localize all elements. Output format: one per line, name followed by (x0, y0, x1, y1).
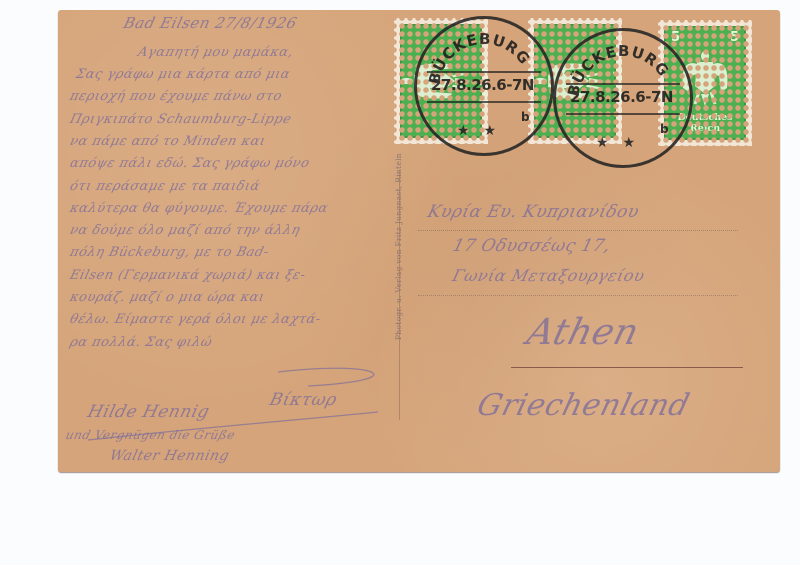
postmark-date: 27.8.26.6-7N (570, 88, 673, 106)
postmark-bar (427, 71, 541, 73)
message-line: ότι περάσαμε με τα παιδιά (67, 176, 262, 198)
message-line: Σας γράφω μια κάρτα από μια (73, 64, 292, 86)
message-line: να πάμε από το Minden και (67, 131, 268, 153)
postmark-bar (566, 83, 680, 85)
message-salutation: Αγαπητή μου μαμάκα, (135, 42, 295, 64)
message-line: περιοχή που έχουμε πάνω στο (67, 86, 284, 108)
message-line: να δούμε όλο μαζί από την άλλη (67, 220, 302, 242)
cancellation-postmark: BÜCKEBURGb27.8.26.6-7N★★ (414, 16, 554, 156)
address-city: Athen (523, 312, 643, 353)
address-recipient: Κυρία Ευ. Κυπριανίδου (426, 202, 642, 222)
publisher-imprint: Photogr. u. Verlag von Fritz Jungnast, R… (394, 153, 403, 340)
svg-text:b: b (521, 110, 530, 124)
postmark-bar (427, 101, 541, 103)
message-line: απόψε πάλι εδώ. Σας γράφω μόνο (67, 153, 312, 175)
message-line: κουράζ. μαζί ο μια ώρα και (67, 287, 267, 309)
address-country: Griechenland (474, 388, 694, 423)
postmark-stars-icon: ★★ (457, 123, 510, 139)
signature-walter: Walter Henning (108, 448, 231, 464)
svg-text:b: b (660, 122, 669, 136)
cancellation-postmark: BÜCKEBURGb27.8.26.6-7N★★ (553, 28, 693, 168)
postmark-bar (566, 113, 680, 115)
stamp-denomination: 5 (373, 100, 392, 107)
message-dateline: Bad Eilsen 27/8/1926 (122, 14, 299, 32)
address-line-2-rule (418, 295, 738, 296)
postcard-back: Bad Eilsen 27/8/1926 Αγαπητή μου μαμάκα,… (58, 10, 780, 472)
message-line: Eilsen (Γερμανικά χωριά) και ξε- (67, 265, 308, 287)
message-line: καλύτερα θα φύγουμε. Έχουμε πάρα (67, 198, 330, 220)
address-street: 17 Οδυσσέως 17, (451, 236, 613, 256)
message-line: πόλη Bückeburg, με το Bad- (67, 242, 271, 264)
city-underline (511, 367, 743, 368)
address-line-1-rule (418, 230, 738, 231)
postmark-date: 27.8.26.6-7N (431, 76, 534, 94)
stamp-denomination: 5 (373, 54, 392, 61)
stamp-denomination: 5 (730, 30, 739, 45)
message-line: ρα πολλά. Σας φιλώ (67, 332, 214, 354)
message-line: Πριγκιπάτο Schaumburg-Lippe (67, 109, 294, 131)
postmark-stars-icon: ★★ (596, 135, 649, 151)
message-line: θέλω. Είμαστε γερά όλοι με λαχτά- (67, 309, 323, 331)
signature-flourish (78, 360, 408, 450)
address-district: Γωνία Μεταξουργείου (451, 266, 647, 285)
